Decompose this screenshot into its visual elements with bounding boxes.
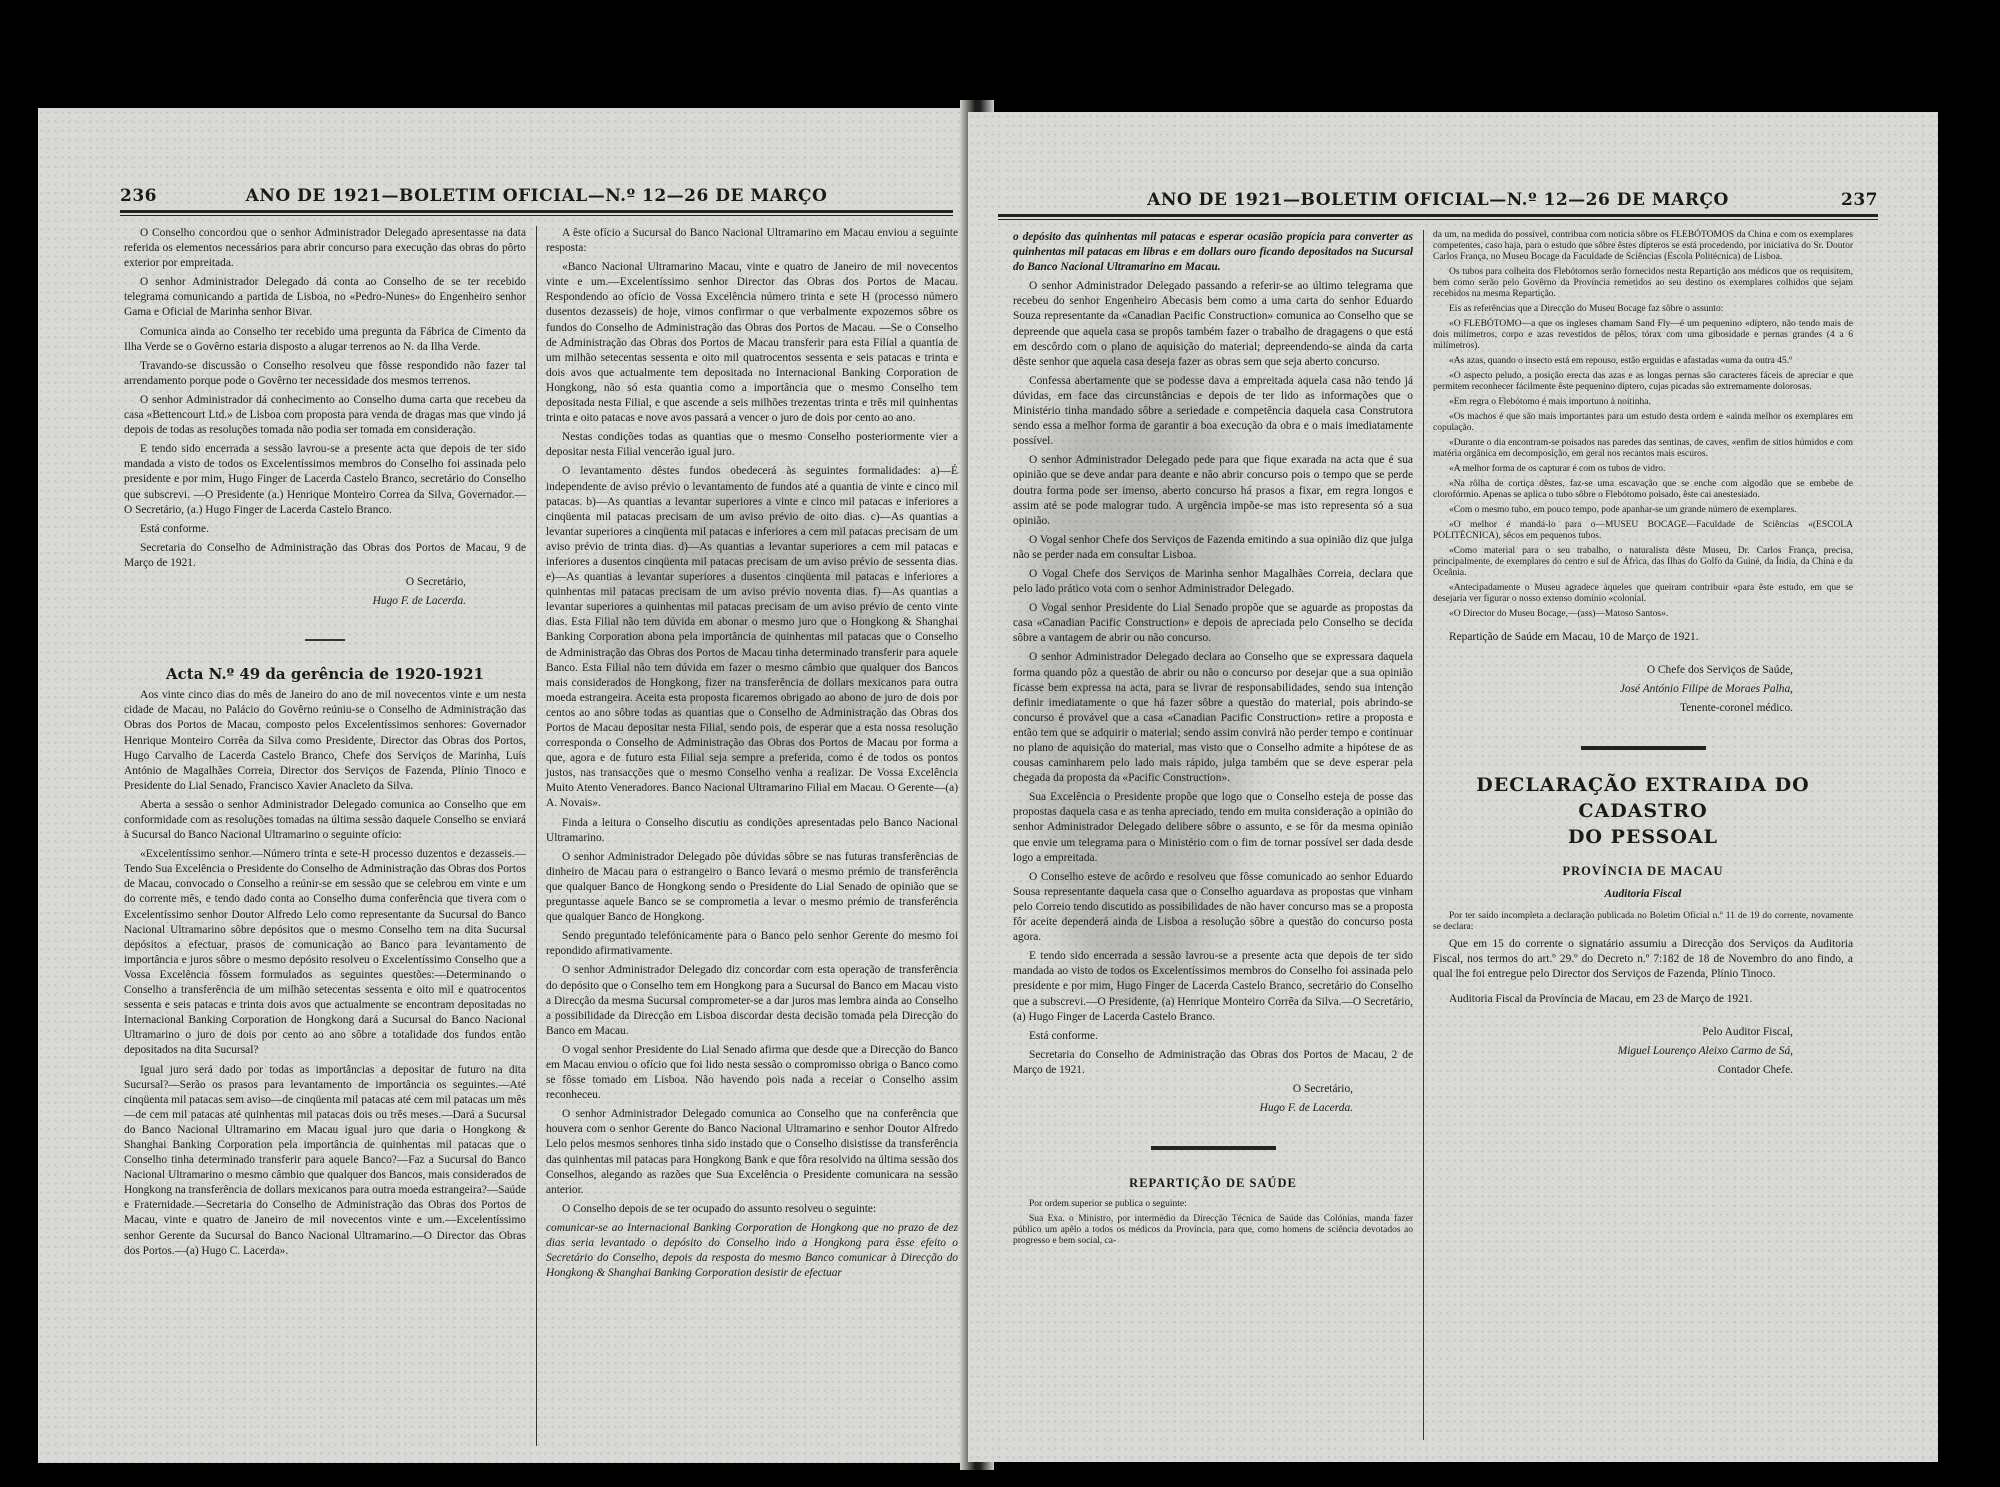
header-title: ANO DE 1921—BOLETIM OFICIAL—N.º 12—26 DE…: [998, 190, 1878, 210]
header-rule-thin: [998, 219, 1878, 220]
paragraph: O Vogal senhor Presidente do Lial Senado…: [1013, 601, 1413, 646]
header-rule: [120, 210, 953, 213]
quote: «As azas, quando o insecto está em repou…: [1433, 356, 1853, 367]
paragraph: O Vogal Chefe dos Serviços de Marinha se…: [1013, 567, 1413, 597]
paragraph: Nestas condições todas as quantias que o…: [546, 430, 958, 460]
signature-rank: Tenente-coronel médico.: [1433, 701, 1853, 716]
quote: «Em regra o Flebótomo é mais importuno à…: [1433, 397, 1853, 408]
signature-title: O Secretário,: [1013, 1082, 1413, 1097]
paragraph: O senhor Administrador Delegado declara …: [1013, 650, 1413, 786]
paragraph: O Vogal senhor Chefe dos Serviços de Faz…: [1013, 533, 1413, 563]
paragraph: Travando-se discussão o Conselho resolve…: [124, 359, 526, 389]
quote: «A melhor forma de os capturar é com os …: [1433, 464, 1853, 475]
paragraph: O levantamento dêstes fundos obedecerá à…: [546, 464, 958, 811]
signature-name: Miguel Lourenço Aleixo Carmo de Sá,: [1433, 1044, 1853, 1059]
quote: «O aspecto peludo, a posição erecta das …: [1433, 371, 1853, 393]
quote: «Com o mesmo tubo, em pouco tempo, pode …: [1433, 505, 1853, 516]
paragraph: O senhor Administrador Delegado dá conta…: [124, 275, 526, 320]
auditoria-subheading: Auditoria Fiscal: [1433, 887, 1853, 902]
right-column-2: da um, na medida do possível, contribua …: [1433, 230, 1853, 1082]
right-page: ANO DE 1921—BOLETIM OFICIAL—N.º 12—26 DE…: [968, 112, 1938, 1462]
auditoria-date: Auditoria Fiscal da Província de Macau, …: [1433, 992, 1853, 1007]
paragraph: Aos vinte cinco dias do mês de Janeiro d…: [124, 688, 526, 794]
secretaria-date: Secretaria do Conselho de Administração …: [1013, 1048, 1413, 1078]
provincia-heading: PROVÍNCIA DE MACAU: [1433, 864, 1853, 879]
paragraph: O Conselho concordou que o senhor Admini…: [124, 226, 526, 271]
header-title: ANO DE 1921—BOLETIM OFICIAL—N.º 12—26 DE…: [120, 186, 953, 206]
quote: «Na rôlha de cortiça dêstes, faz-se uma …: [1433, 479, 1853, 501]
column-separator: [1423, 230, 1424, 1440]
order-note: Por ordem superior se publica o seguinte…: [1013, 1199, 1413, 1210]
paragraph: O senhor Administrador Delegado passando…: [1013, 279, 1413, 370]
right-column-1: o depósito das quinhentas mil patacas e …: [1013, 230, 1413, 1251]
paragraph: O Conselho depois de se ter ocupado do a…: [546, 1202, 958, 1217]
quote: «Antecipadamente o Museu agradece àquele…: [1433, 583, 1853, 605]
conforme-note: Está conforme.: [124, 522, 526, 537]
paragraph: O senhor Administrador Delegado pede par…: [1013, 453, 1413, 528]
paragraph: Sendo preguntado telefónicamente para o …: [546, 929, 958, 959]
secretaria-date: Secretaria do Conselho de Administração …: [124, 541, 526, 571]
section-divider: [305, 639, 345, 641]
paragraph: Que em 15 do corrente o signatário assum…: [1433, 937, 1853, 982]
paragraph: E tendo sido encerrada a sessão lavrou-s…: [1013, 949, 1413, 1024]
signature-name: José António Filipe de Moraes Palha,: [1433, 682, 1853, 697]
reparticao-date: Repartição de Saúde em Macau, 10 de Març…: [1433, 630, 1853, 645]
acta-heading: Acta N.º 49 da gerência de 1920-1921: [124, 667, 526, 682]
left-column-2: A êste ofício a Sucursal do Banco Nacion…: [546, 226, 958, 1285]
signature-title: Pelo Auditor Fiscal,: [1433, 1025, 1853, 1040]
paragraph: O senhor Administrador Delegado diz conc…: [546, 963, 958, 1038]
paragraph: O senhor Administrador Delegado põe dúvi…: [546, 850, 958, 925]
paragraph: Aberta a sessão o senhor Administrador D…: [124, 798, 526, 843]
paragraph: Eis as referências que a Direcção do Mus…: [1433, 304, 1853, 315]
declaracao-heading-line1: DECLARAÇÃO EXTRAIDA DO CADASTRO: [1433, 772, 1853, 824]
paragraph: «Banco Nacional Ultramarino Macau, vinte…: [546, 260, 958, 426]
quote: «O Director do Museu Bocage,—(ass)—Matos…: [1433, 609, 1853, 620]
paragraph: Igual juro será dado por todas as import…: [124, 1063, 526, 1259]
paragraph: «Excelentíssimo senhor.—Número trinta e …: [124, 847, 526, 1058]
left-page: 236 ANO DE 1921—BOLETIM OFICIAL—N.º 12—2…: [38, 108, 983, 1463]
conforme-note: Está conforme.: [1013, 1029, 1413, 1044]
signature-title: O Secretário,: [124, 575, 526, 590]
declaracao-heading-line2: DO PESSOAL: [1433, 824, 1853, 850]
paragraph: Os tubos para colheita dos Flebótomos se…: [1433, 267, 1853, 300]
quote: «O melhor é mandá-lo para o—MUSEU BOCAGE…: [1433, 520, 1853, 542]
signature-rank: Contador Chefe.: [1433, 1063, 1853, 1078]
paragraph: A êste ofício a Sucursal do Banco Nacion…: [546, 226, 958, 256]
signature-name: Hugo F. de Lacerda.: [1013, 1101, 1413, 1116]
quote: «Durante o dia encontram-se poisados nas…: [1433, 438, 1853, 460]
section-divider: [1151, 1146, 1276, 1150]
paragraph: O Conselho esteve de acôrdo e resolveu q…: [1013, 870, 1413, 945]
declaracao-heading: DECLARAÇÃO EXTRAIDA DO CADASTRO DO PESSO…: [1433, 772, 1853, 850]
paragraph: da um, na medida do possível, contribua …: [1433, 230, 1853, 263]
section-divider: [1581, 746, 1706, 750]
reparticao-heading: REPARTIÇÃO DE SAÚDE: [1013, 1176, 1413, 1191]
paragraph: Sua Excelência o Presidente propõe que l…: [1013, 790, 1413, 865]
signature-name: Hugo F. de Lacerda.: [124, 594, 526, 609]
paragraph: Comunica ainda ao Conselho ter recebido …: [124, 325, 526, 355]
paragraph: Confessa abertamente que se podesse dava…: [1013, 374, 1413, 449]
page-number: 237: [1841, 190, 1878, 210]
left-column-1: O Conselho concordou que o senhor Admini…: [124, 226, 526, 1263]
paragraph: Sua Exa. o Ministro, por intermédio da D…: [1013, 1214, 1413, 1247]
column-separator: [536, 226, 537, 1446]
quote: «Como material para o seu trabalho, o na…: [1433, 546, 1853, 579]
paragraph: O vogal senhor Presidente do Lial Senado…: [546, 1043, 958, 1103]
header-rule-thin: [120, 215, 953, 216]
quote: «O FLEBÓTOMO—a que os ingleses chamam Sa…: [1433, 319, 1853, 352]
resolution-italic: comunicar-se ao Internacional Banking Co…: [546, 1221, 958, 1281]
header-rule: [998, 214, 1878, 217]
paragraph: O senhor Administrador dá conhecimento a…: [124, 393, 526, 438]
signature-title: O Chefe dos Serviços de Saúde,: [1433, 663, 1853, 678]
quote: «Os machos é que são mais importantes pa…: [1433, 412, 1853, 434]
paragraph: E tendo sido encerrada a sessão lavrou-s…: [124, 442, 526, 517]
paragraph: Por ter saído incompleta a declaração pu…: [1433, 911, 1853, 933]
paragraph: o depósito das quinhentas mil patacas e …: [1013, 230, 1413, 275]
paragraph: O senhor Administrador Delegado comunica…: [546, 1107, 958, 1198]
paragraph: Finda a leitura o Conselho discutiu as c…: [546, 816, 958, 846]
